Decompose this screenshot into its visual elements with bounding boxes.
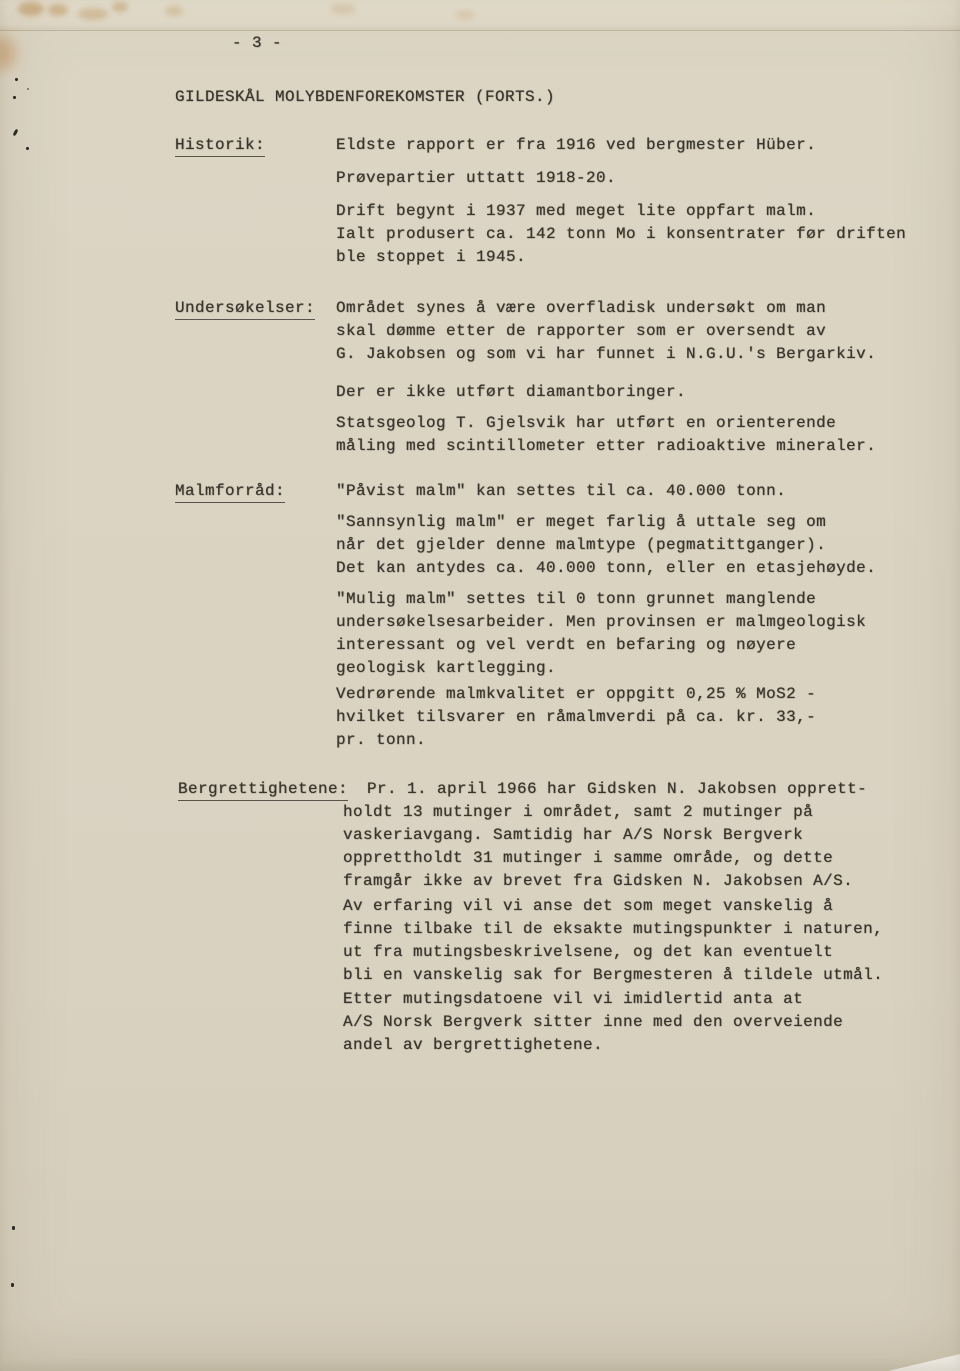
ink-speck (13, 129, 19, 137)
paper-stain (330, 4, 356, 14)
undersokelser-paragraph-3: Statsgeolog T. Gjelsvik har utført en or… (336, 412, 948, 458)
ink-speck (11, 1283, 14, 1287)
malmforrad-paragraph-4: Vedrørende malmkvalitet er oppgitt 0,25 … (336, 683, 948, 752)
paper-stain (0, 36, 16, 70)
undersokelser-paragraph-2: Der er ikke utført diamantboringer. (336, 381, 948, 404)
page-number: - 3 - (232, 32, 282, 55)
paper-stain (112, 2, 128, 12)
bergrettighetene-paragraph-3: Etter mutingsdatoene vil vi imidlertid a… (343, 988, 943, 1057)
ink-speck (26, 147, 29, 150)
ink-speck (12, 1226, 15, 1230)
section-label-text: Malmforråd: (175, 482, 285, 503)
paper-stain (78, 8, 108, 20)
historik-paragraph-2: Prøvepartier uttatt 1918-20. (336, 167, 948, 190)
scan-corner-cut (888, 1354, 960, 1371)
ink-speck (27, 88, 29, 90)
paper-stain (455, 10, 475, 20)
historik-paragraph-1: Eldste rapport er fra 1916 ved bergmeste… (336, 134, 948, 157)
section-label-text: Bergrettighetene: (178, 780, 348, 801)
ink-speck (13, 96, 16, 99)
paper-stain (165, 6, 183, 16)
scanned-document-page: - 3 - GILDESKÅL MOLYBDENFOREKOMSTER (FOR… (0, 0, 960, 1371)
section-label-text: Undersøkelser: (175, 299, 315, 320)
bergrettighetene-paragraph-1: Pr. 1. april 1966 har Gidsken N. Jakobse… (343, 778, 943, 893)
ink-speck (15, 78, 18, 81)
paper-stain (48, 4, 68, 16)
bergrettighetene-paragraph-2: Av erfaring vil vi anse det som meget va… (343, 895, 943, 987)
undersokelser-paragraph-1: Området synes å være overfladisk undersø… (336, 297, 948, 366)
malmforrad-paragraph-2: "Sannsynlig malm" er meget farlig å utta… (336, 511, 948, 580)
scan-top-edge (0, 0, 960, 31)
historik-paragraph-3: Drift begynt i 1937 med meget lite oppfa… (336, 200, 948, 269)
section-label-text: Historik: (175, 136, 265, 157)
malmforrad-paragraph-1: "Påvist malm" kan settes til ca. 40.000 … (336, 480, 948, 503)
malmforrad-paragraph-3: "Mulig malm" settes til 0 tonn grunnet m… (336, 588, 948, 680)
paper-stain (18, 2, 44, 16)
document-title: GILDESKÅL MOLYBDENFOREKOMSTER (FORTS.) (175, 86, 555, 109)
